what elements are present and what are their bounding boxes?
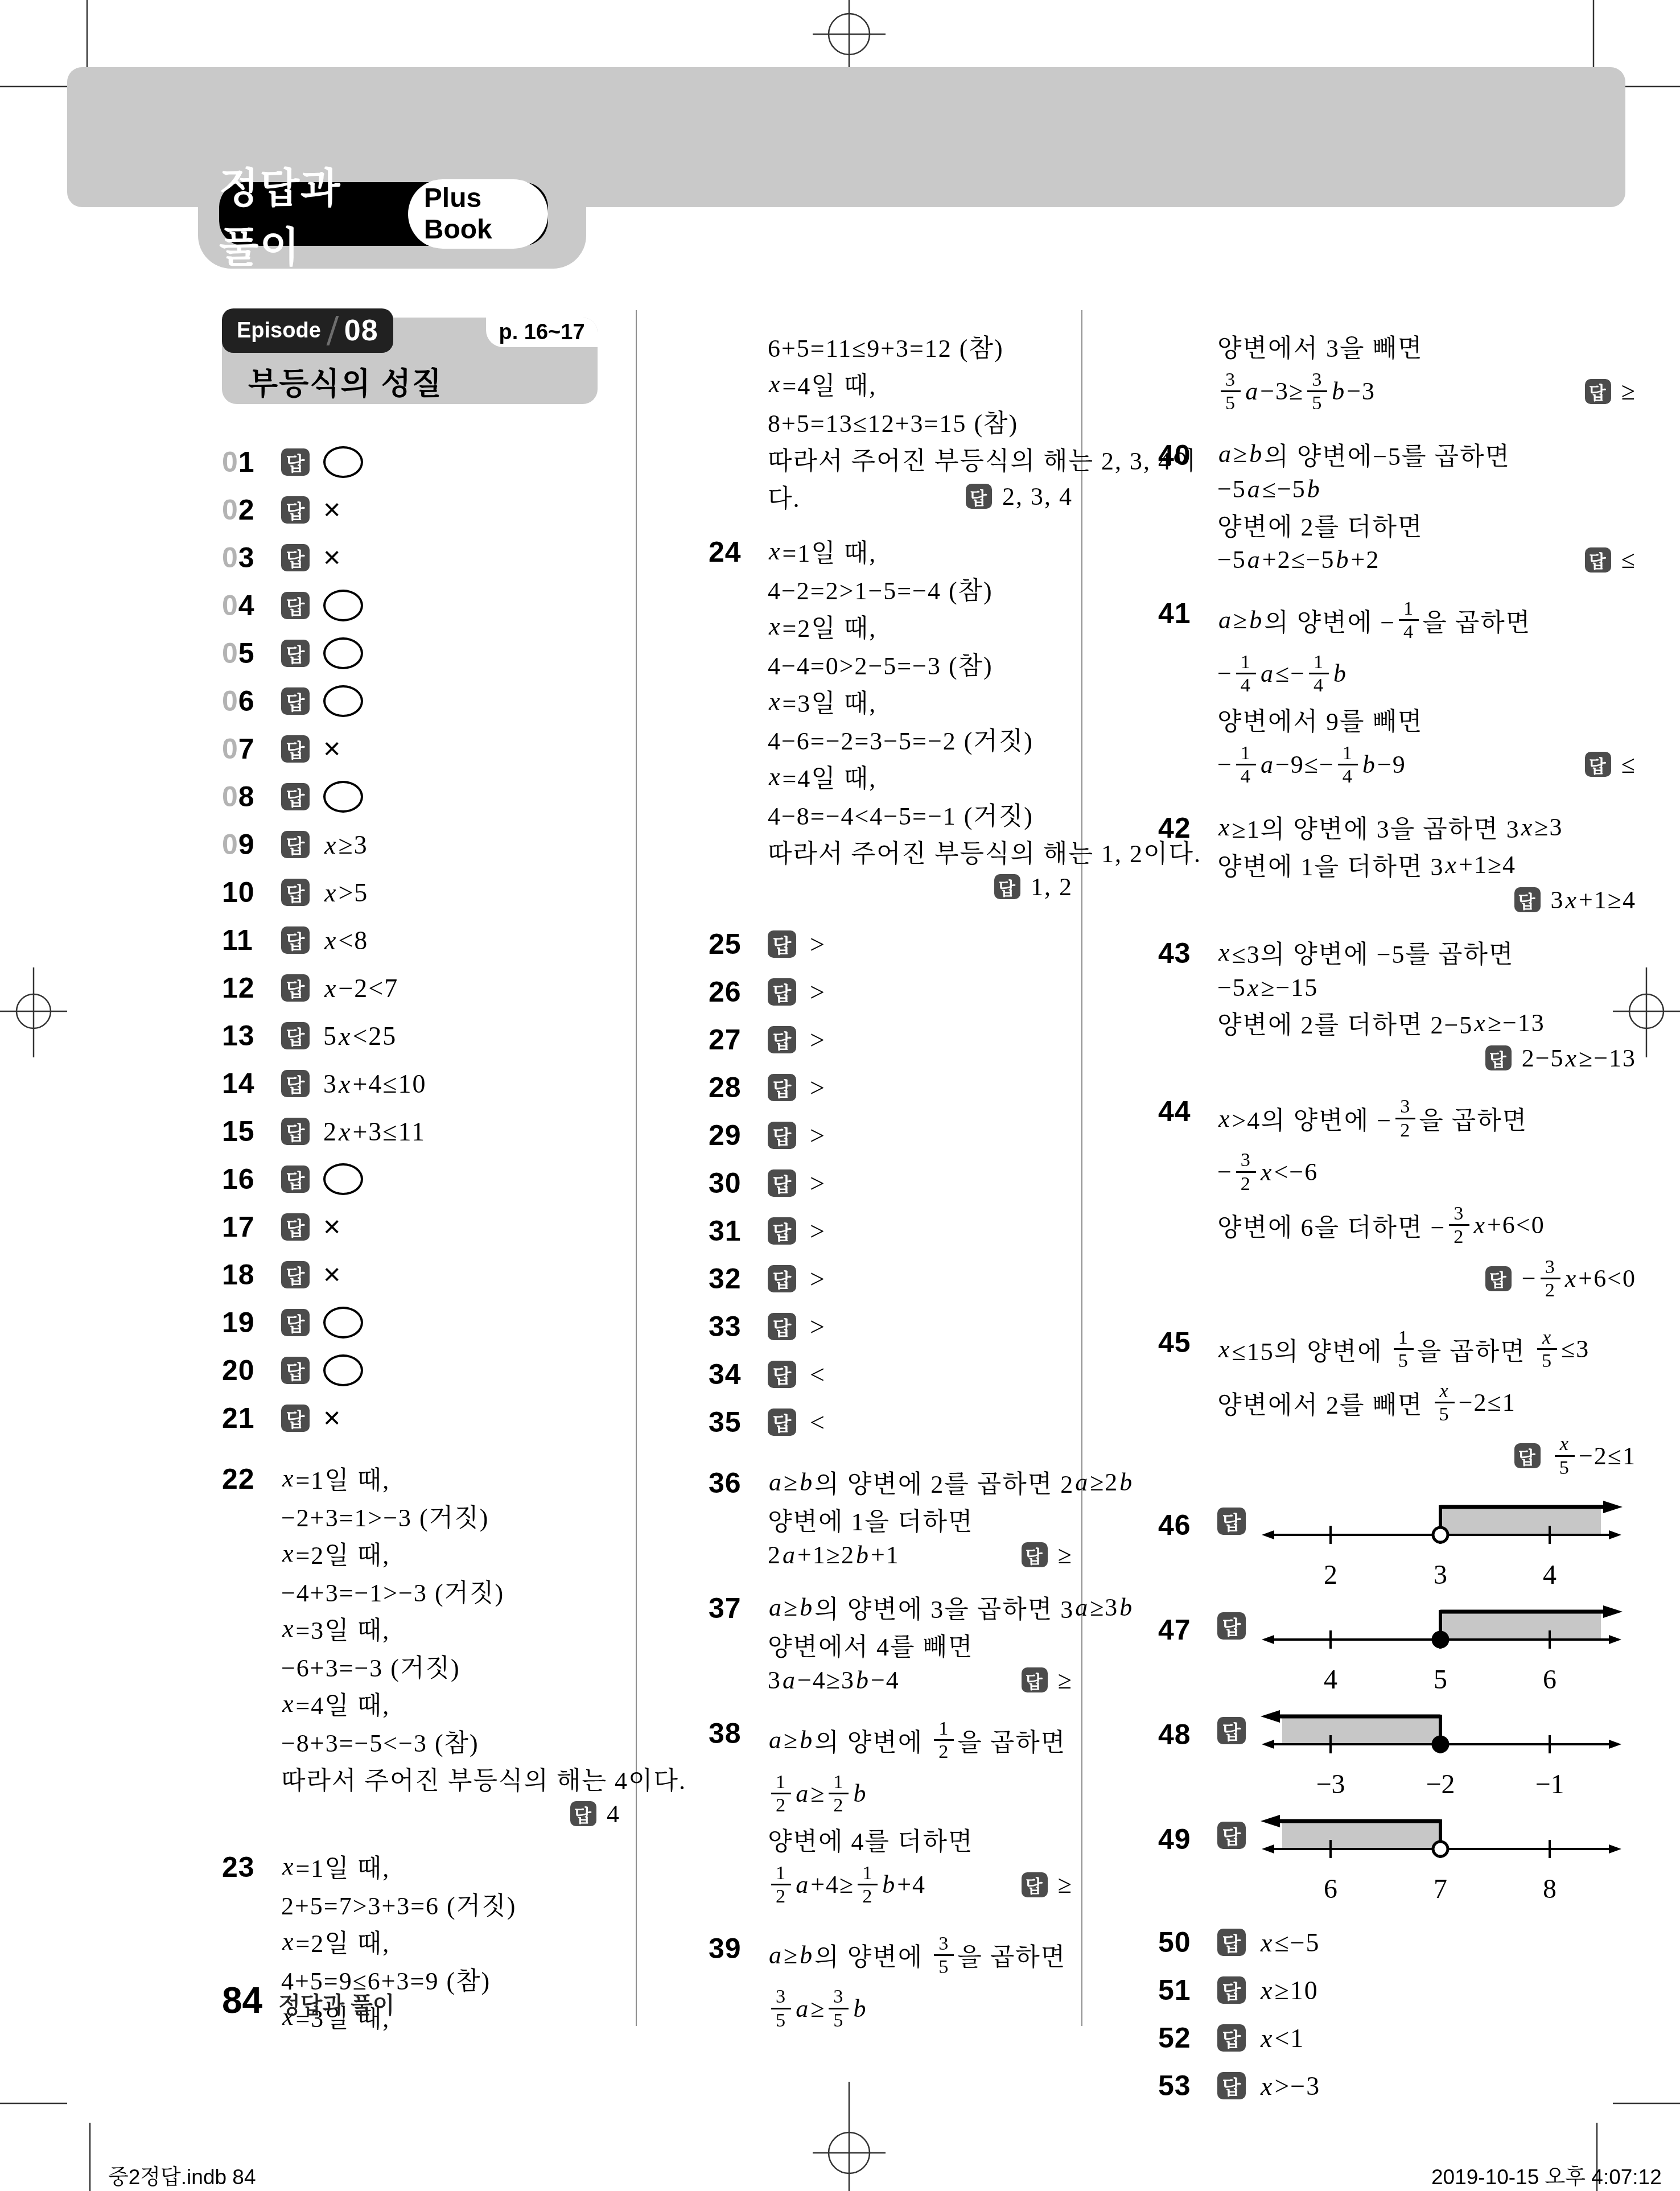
solution-line: 35a−3≥35b−3답≥ [1217, 365, 1636, 418]
text-segment: − [1217, 659, 1233, 688]
number-leading-zero: 0 [222, 781, 238, 813]
solution-line: −14a≤−14b [1217, 647, 1636, 701]
solution-line: a≥b의 양변에 35을 곱하면 [768, 1929, 1073, 1982]
answer-value: x≥10 [1259, 1975, 1319, 2005]
fraction: 14 [1236, 651, 1256, 697]
math-variable: x [1439, 1380, 1451, 1402]
answer-row: 05답 [222, 629, 620, 677]
math-variable: a [768, 1941, 784, 1970]
math-variable: x [1259, 2023, 1274, 2053]
fraction-denominator: 2 [771, 1793, 791, 1816]
problem-number [1158, 327, 1217, 331]
fraction-numerator: 3 [1221, 369, 1241, 390]
solution-block: 45x≤15의 양변에 15을 곱하면 x5≤3양변에서 2를 빼면 x5−2≤… [1158, 1323, 1636, 1483]
text-segment: > [810, 1168, 826, 1199]
text-segment: 양변에 4를 더하면 [768, 1821, 974, 1858]
text-segment: −4+3=−1>−3 (거짓) [281, 1572, 504, 1609]
text-segment: +1≥4 [1459, 850, 1516, 879]
math-variable: x [1564, 1044, 1579, 1073]
text-segment: 4−2=2>1−5=−4 (참) [768, 570, 993, 607]
solution-line: −4+3=−1>−3 (거짓) [281, 1572, 620, 1609]
text-segment: <8 [338, 925, 368, 956]
math-variable: x [281, 1464, 296, 1493]
answer-row: 27답> [709, 1016, 1073, 1064]
text-segment: > [810, 929, 826, 959]
answer-row: 20답 [222, 1346, 620, 1394]
answer-row: 08답 [222, 773, 620, 821]
solution-lines: x≤3의 양변에 −5를 곱하면−5x≥−15양변에 2를 더하면 2−5x≥−… [1217, 933, 1636, 1074]
text-segment: 양변에 1을 더하면 3 [1217, 846, 1444, 883]
dap-badge: 답 [1217, 2024, 1246, 2052]
problem-number: 52 [1158, 2021, 1217, 2054]
page-range: p. 16~17 [499, 320, 584, 345]
solution-block: 6+5=11≤9+3=12 (참)x=4일 때,8+5=13≤12+3=15 (… [709, 327, 1073, 515]
text-segment: ≥ [784, 1725, 798, 1755]
fraction-numerator: 1 [1399, 598, 1419, 619]
solution-block: 41a≥b의 양변에 −14을 곱하면−14a≤−14b양변에서 9를 빼면−1… [1158, 594, 1636, 792]
text-segment: 양변에 2를 더하면 2−5 [1217, 1004, 1473, 1041]
answer-row: 21답× [222, 1394, 620, 1442]
number-leading-zero: 0 [222, 685, 238, 717]
dap-badge: 답 [768, 1074, 796, 1101]
math-variable: x [1259, 1158, 1274, 1187]
answer-value [323, 446, 363, 478]
correct-circle-icon [323, 685, 363, 717]
answer-row: 25답> [709, 920, 1073, 968]
fraction-numerator: 3 [1541, 1256, 1560, 1278]
text-segment: 의 양변에 [814, 1937, 930, 1973]
dap-badge: 답 [1585, 379, 1611, 404]
text-segment: =1일 때, [783, 533, 877, 569]
problem-number: 33 [709, 1310, 768, 1343]
text-segment: −4 [871, 1666, 900, 1695]
text-segment: 4−8=−4<4−5=−1 (거짓) [768, 796, 1033, 832]
text-segment: 양변에서 2를 빼면 [1217, 1385, 1431, 1421]
math-variable: a [768, 1725, 784, 1755]
dap-badge: 답 [768, 930, 796, 958]
solution-line: 양변에 4를 더하면 [768, 1821, 1073, 1858]
fraction-numerator: 1 [829, 1771, 849, 1793]
answer-value: > [810, 1216, 826, 1246]
math-variable: a [1259, 750, 1275, 779]
fraction: 35 [771, 1986, 791, 2031]
solution-line: 양변에서 9를 빼면 [1217, 701, 1636, 738]
fraction: 14 [1309, 651, 1329, 697]
math-variable: x [337, 1021, 352, 1051]
wrong-cross-icon: × [323, 493, 341, 527]
math-variable: x [1520, 813, 1535, 842]
solution-line: 12a≥12b [768, 1767, 1073, 1821]
text-segment: ≤−5 [1262, 475, 1306, 504]
math-variable: x [1564, 1264, 1579, 1293]
solution-line: 양변에서 3을 빼면 [1217, 327, 1636, 365]
text-segment: 을 곱하면 [1417, 1331, 1533, 1368]
answer-value [323, 685, 363, 717]
dap-badge: 답 [1217, 1508, 1246, 1535]
math-variable: x [768, 537, 783, 566]
solution-block: 42x≥1의 양변에 3을 곱하면 3x≥3양변에 1을 더하면 3x+1≥4답… [1158, 808, 1636, 916]
solution-line: 답1, 2 [768, 870, 1073, 903]
answer-row: 30답> [709, 1159, 1073, 1207]
correct-circle-icon [323, 1163, 363, 1195]
dap-badge: 답 [570, 1801, 596, 1826]
dap-badge: 답 [281, 1309, 310, 1336]
math-variable: x [337, 1117, 352, 1147]
math-variable: a [1074, 1593, 1090, 1622]
svg-text:5: 5 [1434, 1665, 1447, 1695]
solution-lines: a≥b의 양변에−5를 곱하면−5a≤−5b양변에 2를 더하면−5a+2≤−5… [1217, 435, 1636, 576]
fraction: x5 [1554, 1433, 1575, 1478]
svg-text:8: 8 [1543, 1874, 1557, 1904]
answer-value: × [323, 732, 341, 766]
math-variable: x [281, 1852, 296, 1881]
problem-number: 49 [1158, 1814, 1217, 1856]
solution-lines: x>4의 양변에 −32을 곱하면−32x<−6양변에 6을 더하면 −32x+… [1217, 1092, 1636, 1305]
problem-number [709, 327, 768, 331]
solution-lines: x=1일 때,−2+3=1>−3 (거짓)x=2일 때,−4+3=−1>−3 (… [281, 1459, 620, 1830]
text-segment: −2≤1 [1579, 1442, 1636, 1471]
answer-value: > [810, 1264, 826, 1294]
text-segment: ≥ [784, 1593, 798, 1622]
fraction-denominator: 5 [829, 2008, 849, 2031]
text-segment: 2 [323, 1117, 337, 1147]
text-segment: ≥ [1621, 377, 1636, 406]
text-segment: 따라서 주어진 부등식의 해는 2, 3, 4이 [768, 440, 1197, 477]
math-variable: x [281, 1689, 296, 1718]
math-variable: x [1559, 1433, 1571, 1455]
answer-value [323, 1354, 363, 1386]
answer-tail: 답≤ [1568, 750, 1636, 779]
answer-row: 16답 [222, 1155, 620, 1203]
math-variable: b [798, 1468, 814, 1497]
answer-column-1: 01답02답×03답×04답05답06답07답×08답09답x≥310답x>51… [222, 438, 620, 2052]
problem-number: 19 [222, 1306, 281, 1339]
solution-line: −14a−9≤−14b−9답≤ [1217, 738, 1636, 792]
math-variable: a [794, 1870, 810, 1899]
text-segment: +1≥2 [797, 1541, 855, 1570]
math-variable: x [1217, 1335, 1232, 1364]
answer-tail: 답1, 2 [977, 872, 1073, 901]
solution-line: −5a+2≤−5b+2답≤ [1217, 543, 1636, 576]
problem-number: 51 [1158, 1974, 1217, 2007]
answer-tail: 답≥ [1568, 377, 1636, 406]
solution-line: 35a≥35b [768, 1982, 1073, 2035]
answer-value: > [810, 1168, 826, 1199]
solution-lines: a≥b의 양변에 35을 곱하면35a≥35b [768, 1929, 1073, 2036]
svg-text:−1: −1 [1535, 1769, 1564, 1799]
text-segment: ≤15의 양변에 [1232, 1331, 1390, 1368]
answer-tail: 답x5−2≤1 [1497, 1430, 1636, 1482]
dap-badge: 답 [281, 640, 310, 667]
answer-value: x>−3 [1259, 2071, 1320, 2101]
answer-row: 13답5x<25 [222, 1012, 620, 1060]
text-segment: > [810, 1121, 826, 1151]
math-variable: a [1217, 606, 1233, 635]
dap-badge: 답 [281, 448, 310, 476]
fraction: 14 [1236, 742, 1256, 788]
fraction-numerator: 1 [934, 1718, 954, 1739]
math-variable: x [1473, 1008, 1488, 1037]
solution-line: −5a≤−5b [1217, 473, 1636, 506]
answer-value: × [323, 493, 341, 527]
solution-line: 12a+4≥12b+4답≥ [768, 1858, 1073, 1912]
fraction: 12 [771, 1862, 791, 1908]
problem-number: 47 [1158, 1604, 1217, 1646]
fraction: 14 [1338, 742, 1358, 788]
text-segment: 의 양변에−5를 곱하면 [1264, 436, 1510, 472]
numberline-diagram: 678 [1259, 1814, 1624, 1905]
dap-badge: 답 [281, 1261, 310, 1288]
solution-line: 2+5=7>3+3=6 (거짓) [281, 1885, 620, 1922]
fraction: 35 [934, 1933, 954, 1978]
fraction-numerator: 1 [1309, 651, 1329, 673]
math-variable: a [768, 1468, 784, 1497]
text-segment: >−3 [1274, 2071, 1320, 2101]
svg-text:−3: −3 [1316, 1769, 1345, 1799]
fraction: 35 [1221, 369, 1241, 414]
math-variable: b [852, 1994, 868, 2023]
solution-line: 양변에 1을 더하면 3x+1≥4 [1217, 846, 1636, 883]
number-leading-zero: 0 [222, 542, 238, 574]
numberline-row: 48답−3−2−1 [1158, 1709, 1636, 1800]
problem-number: 11 [222, 924, 281, 957]
text-segment: ≥ [1058, 1541, 1073, 1570]
text-segment: −9 [1377, 750, 1406, 779]
answer-value: 3x+4≤10 [323, 1069, 427, 1099]
solution-line: x=4일 때, [281, 1685, 620, 1722]
math-variable: x [1259, 2071, 1274, 2101]
dap-badge: 답 [1217, 1822, 1246, 1849]
numberline-diagram: 234 [1259, 1500, 1624, 1591]
answer-value: x<8 [323, 925, 368, 956]
math-variable: b [1306, 475, 1322, 504]
dap-badge: 답 [768, 1361, 796, 1388]
text-segment: =3일 때, [783, 683, 877, 719]
math-variable: b [798, 1593, 814, 1622]
text-segment: > [810, 1025, 826, 1055]
solution-line: 답x5−2≤1 [1217, 1429, 1636, 1482]
svg-text:4: 4 [1543, 1560, 1557, 1590]
solution-line: 답−32x+6<0 [1217, 1252, 1636, 1305]
problem-number: 37 [709, 1588, 768, 1625]
answer-value: < [810, 1407, 826, 1438]
dap-badge: 답 [768, 1313, 796, 1340]
text-segment: ≥ [1233, 439, 1248, 468]
math-variable: x [1444, 850, 1459, 879]
answer-value [323, 637, 363, 669]
text-segment: < [810, 1407, 826, 1438]
problem-number: 14 [222, 1067, 281, 1100]
text-segment: 양변에서 9를 빼면 [1217, 701, 1423, 738]
problem-number: 31 [709, 1214, 768, 1247]
answer-row: 03답× [222, 534, 620, 582]
answer-tail: 답2, 3, 4 [949, 482, 1073, 511]
svg-text:2: 2 [1324, 1560, 1337, 1590]
solution-line: x≤3의 양변에 −5를 곱하면 [1217, 933, 1636, 971]
fraction: 35 [1307, 369, 1327, 414]
math-variable: x [1259, 1928, 1274, 1958]
fraction: 12 [829, 1771, 849, 1817]
solution-lines: a≥b의 양변에 2를 곱하면 2a≥2b양변에 1을 더하면2a+1≥2b+1… [768, 1463, 1073, 1571]
solution-block: 39a≥b의 양변에 35을 곱하면35a≥35b [709, 1929, 1073, 2036]
solution-line: −8+3=−5<−3 (참) [281, 1722, 620, 1760]
math-variable: x [768, 369, 783, 398]
answer-row: 12답x−2<7 [222, 964, 620, 1012]
solution-line: x=2일 때, [768, 607, 1073, 645]
solution-line: x=4일 때, [768, 757, 1073, 795]
answer-tail: 답≥ [1004, 1541, 1073, 1570]
dap-badge: 답 [281, 1405, 310, 1432]
text-segment: 다. [768, 478, 801, 514]
answer-value: x≤−5 [1259, 1928, 1320, 1958]
fraction-numerator: 1 [858, 1862, 878, 1884]
answer-tail: 답2−5x≥−13 [1468, 1044, 1636, 1073]
math-variable: x [1217, 938, 1232, 967]
answer-tail: 답≥ [1004, 1666, 1073, 1695]
text-segment: > [810, 977, 826, 1007]
math-variable: b [1248, 606, 1264, 635]
solution-line: 양변에서 2를 빼면 x5−2≤1 [1217, 1376, 1636, 1430]
text-segment: ≥ [1233, 606, 1248, 635]
math-variable: a [1259, 659, 1275, 688]
text-segment: −6+3=−3 (거짓) [281, 1648, 460, 1684]
text-segment: +6<0 [1578, 1264, 1636, 1293]
dap-badge: 답 [1485, 1266, 1512, 1291]
solution-line: x=2일 때, [281, 1922, 620, 1960]
math-variable: a [781, 1541, 797, 1570]
math-variable: b [1248, 439, 1264, 468]
fraction-numerator: 3 [934, 1933, 954, 1954]
text-segment: 4−4=0>2−5=−3 (참) [768, 645, 993, 682]
solution-line: 4−2=2>1−5=−4 (참) [768, 570, 1073, 607]
number-leading-zero: 0 [222, 829, 238, 860]
fraction-denominator: 5 [1435, 1402, 1455, 1425]
fraction-numerator: 1 [1338, 742, 1358, 764]
answer-row: 50답x≤−5 [1158, 1918, 1636, 1966]
text-segment: ≥3 [1090, 1593, 1118, 1622]
text-segment: 8+5=13≤12+3=15 (참) [768, 403, 1018, 439]
fraction: 12 [771, 1771, 791, 1817]
solution-line: 양변에 2를 더하면 [1217, 506, 1636, 543]
answer-value: × [323, 1401, 341, 1435]
text-segment: 3 [323, 1069, 337, 1099]
text-segment: ≥−15 [1261, 973, 1318, 1002]
solution-line: x=1일 때, [768, 532, 1073, 570]
dap-badge: 답 [768, 1169, 796, 1197]
solution-line: x=4일 때, [768, 365, 1073, 402]
wrong-cross-icon: × [323, 1258, 341, 1292]
problem-number: 07 [222, 732, 281, 765]
episode-number: 08 [344, 314, 378, 348]
text-segment: ≥3 [1534, 813, 1563, 842]
text-segment: +4≥ [810, 1870, 854, 1899]
text-segment: −5 [1217, 973, 1246, 1002]
answer-row: 04답 [222, 582, 620, 629]
problem-number: 43 [1158, 933, 1217, 970]
answer-tail: 답≥ [1004, 1870, 1073, 1899]
text-segment: 의 양변에 2를 곱하면 2 [814, 1464, 1074, 1500]
wrong-cross-icon: × [323, 1401, 341, 1435]
text-segment: −5 [1217, 545, 1246, 574]
math-variable: b [855, 1541, 871, 1570]
answer-value: > [810, 1312, 826, 1342]
dap-badge: 답 [1585, 752, 1611, 777]
solution-line: a≥b의 양변에 3을 곱하면 3a≥3b [768, 1588, 1073, 1626]
dap-badge: 답 [1485, 1045, 1512, 1070]
text-segment: −2≤1 [1459, 1388, 1516, 1417]
math-variable: a [1246, 545, 1262, 574]
math-variable: a [781, 1666, 797, 1695]
solution-block: 37a≥b의 양변에 3을 곱하면 3a≥3b양변에서 4를 빼면3a−4≥3b… [709, 1588, 1073, 1696]
problem-number: 06 [222, 685, 281, 718]
dap-badge: 답 [281, 831, 310, 858]
problem-number: 29 [709, 1119, 768, 1152]
text-segment: ≥3 [338, 830, 368, 860]
answer-row: 15답2x+3≤11 [222, 1107, 620, 1155]
solution-line: −2+3=1>−3 (거짓) [281, 1497, 620, 1534]
page-footer: 84 정답과 풀이 [222, 1979, 395, 2021]
answer-value [323, 781, 363, 813]
text-segment: ≤ [1621, 545, 1636, 574]
answer-row: 06답 [222, 677, 620, 725]
fraction-denominator: 5 [1394, 1348, 1414, 1372]
episode-badge: Episode 08 [222, 308, 393, 353]
solution-block: 22x=1일 때,−2+3=1>−3 (거짓)x=2일 때,−4+3=−1>−3… [222, 1459, 620, 1830]
math-variable: x [281, 1927, 296, 1956]
fraction-numerator: x [1434, 1380, 1455, 1402]
text-segment: +1≥4 [1579, 886, 1636, 915]
text-segment: ≥ [1058, 1870, 1073, 1899]
text-segment: 4−6=−2=3−5=−2 (거짓) [768, 720, 1033, 757]
problem-number: 40 [1158, 435, 1217, 472]
math-variable: x [281, 1539, 296, 1568]
text-segment: <25 [352, 1021, 397, 1051]
fraction-denominator: 2 [829, 1793, 849, 1816]
text-segment: ≤3 [1561, 1335, 1590, 1364]
answer-row: 52답x<1 [1158, 2014, 1636, 2062]
dap-badge: 답 [281, 1357, 310, 1384]
fraction-numerator: 3 [1449, 1202, 1469, 1224]
solution-line: 다.답2, 3, 4 [768, 477, 1073, 515]
problem-number: 50 [1158, 1926, 1217, 1959]
math-variable: a [768, 1593, 784, 1622]
answer-row: 33답> [709, 1303, 1073, 1350]
text-segment: ≥ [784, 1941, 798, 1970]
problem-number: 17 [222, 1210, 281, 1243]
problem-number: 36 [709, 1463, 768, 1500]
answer-row: 26답> [709, 968, 1073, 1016]
math-variable: b [1361, 750, 1377, 779]
answer-value: 2x+3≤11 [323, 1117, 426, 1147]
problem-number: 12 [222, 971, 281, 1004]
imprint-timestamp: 2019-10-15 오후 4:07:12 [1431, 2160, 1662, 2190]
solution-block: 44x>4의 양변에 −32을 곱하면−32x<−6양변에 6을 더하면 −32… [1158, 1092, 1636, 1305]
math-variable: x [337, 1069, 352, 1099]
math-variable: x [323, 878, 338, 908]
math-variable: b [1118, 1468, 1134, 1497]
text-segment: ≥10 [1274, 1975, 1318, 2005]
dap-badge: 답 [281, 592, 310, 619]
answer-row: 10답x>5 [222, 868, 620, 916]
solution-line: a≥b의 양변에 12을 곱하면 [768, 1714, 1073, 1767]
math-variable: b [852, 1779, 868, 1808]
dap-badge: 답 [281, 879, 310, 906]
page-range-box: p. 16~17 [486, 318, 598, 347]
problem-number: 08 [222, 780, 281, 813]
answer-row: 18답× [222, 1251, 620, 1299]
solution-block: 양변에서 3을 빼면35a−3≥35b−3답≥ [1158, 327, 1636, 418]
math-variable: x [323, 973, 338, 1003]
